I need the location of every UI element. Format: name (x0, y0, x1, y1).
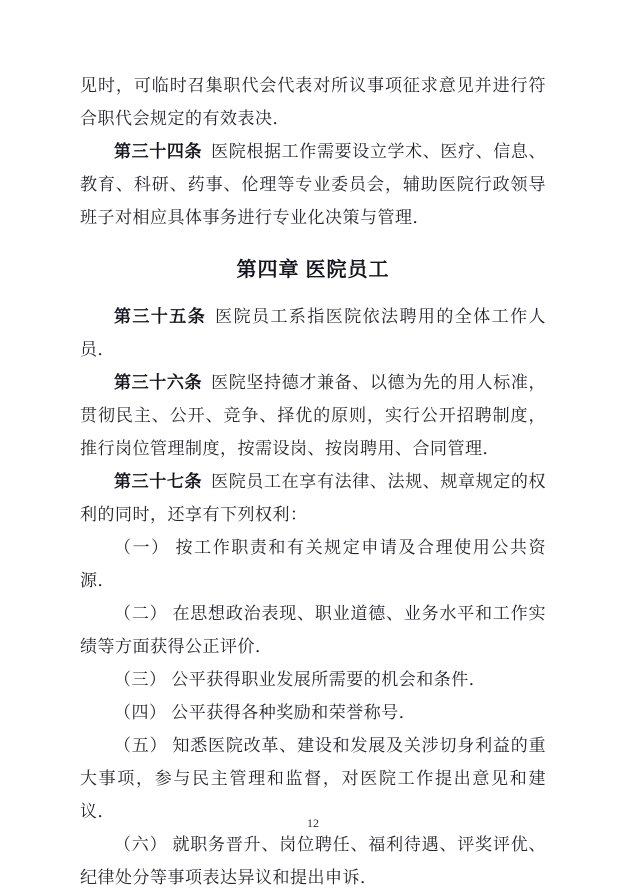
document-content: 见时，可临时召集职代会代表对所议事项征求意见并进行符合职代会规定的有效表决． 第… (80, 69, 546, 888)
list-item-2: （二） 在思想政治表现、职业道德、业务水平和工作实绩等方面获得公正评价． (80, 597, 546, 663)
document-page: 见时，可临时召集职代会代表对所议事项征求意见并进行符合职代会规定的有效表决． 第… (0, 0, 626, 888)
page-number: 12 (307, 816, 319, 830)
page-footer: 12 (0, 816, 626, 831)
paragraph-article-36: 第三十六条医院坚持德才兼备、以德为先的用人标准，贯彻民主、公开、竞争、择优的原则… (80, 366, 546, 465)
article-35-number: 第三十五条 (114, 307, 206, 326)
list-item-6: （六） 就职务晋升、岗位聘任、福利待遇、评奖评优、纪律处分等事项表达异议和提出申… (80, 828, 546, 888)
article-36-number: 第三十六条 (114, 373, 202, 392)
list-item-5: （五） 知悉医院改革、建设和发展及关涉切身利益的重大事项，参与民主管理和监督，对… (80, 729, 546, 828)
list-item-1: （一） 按工作职责和有关规定申请及合理使用公共资源． (80, 531, 546, 597)
paragraph-article-37: 第三十七条医院员工在享有法律、法规、规章规定的权利的同时，还享有下列权利： (80, 465, 546, 531)
paragraph-article-34: 第三十四条医院根据工作需要设立学术、医疗、信息、教育、科研、药事、伦理等专业委员… (80, 135, 546, 234)
paragraph-continuation: 见时，可临时召集职代会代表对所议事项征求意见并进行符合职代会规定的有效表决． (80, 69, 546, 135)
list-item-3: （三） 公平获得职业发展所需要的机会和条件． (80, 663, 546, 696)
article-34-number: 第三十四条 (114, 142, 202, 161)
paragraph-article-35: 第三十五条医院员工系指医院依法聘用的全体工作人员． (80, 300, 546, 366)
list-item-4: （四） 公平获得各种奖励和荣誉称号． (80, 696, 546, 729)
article-37-number: 第三十七条 (114, 472, 202, 491)
chapter-heading: 第四章 医院员工 (80, 253, 546, 287)
